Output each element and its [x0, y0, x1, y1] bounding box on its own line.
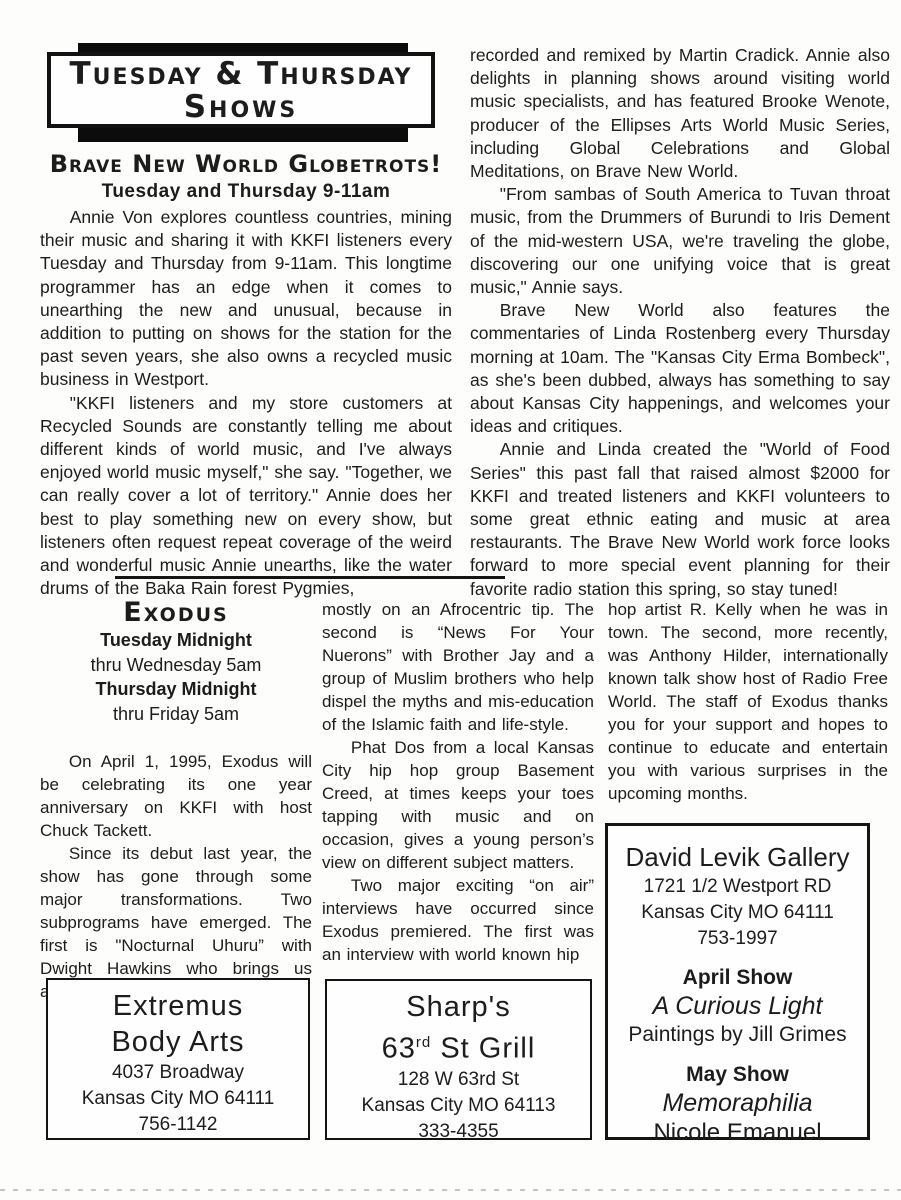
ad-david-levik-gallery: David Levik Gallery 1721 1/2 Westport RD…: [605, 823, 870, 1140]
ad-phone: 753-1997: [608, 926, 867, 952]
scanned-newsletter-page: { "title_box": { "line1": "Tuesday & Thu…: [0, 0, 901, 1200]
ad-extremus-body-arts: Extremus Body Arts 4037 Broadway Kansas …: [46, 978, 310, 1140]
paragraph: On April 1, 1995, Exodus will be celebra…: [40, 750, 312, 842]
paragraph: Phat Dos from a local Kansas City hip ho…: [322, 736, 594, 874]
ad-name-part: St Grill: [431, 1033, 535, 1065]
exodus-column-3: hop artist R. Kelly when he was in town.…: [608, 598, 888, 805]
ad-address: 128 W 63rd St: [327, 1067, 590, 1093]
title-line-2: Shows: [184, 91, 299, 123]
ad-name-line: Extremus: [48, 988, 308, 1024]
may-show-title: Memoraphilia: [608, 1089, 867, 1118]
schedule-line: thru Friday 5am: [40, 702, 312, 727]
ad-city: Kansas City MO 64111: [608, 900, 867, 926]
exodus-schedule: Tuesday Midnight thru Wednesday 5am Thur…: [40, 628, 312, 726]
ad-name-part: 63: [382, 1033, 416, 1065]
paragraph: hop artist R. Kelly when he was in town.…: [608, 598, 888, 805]
article-headline: Brave New World Globetrots!: [40, 150, 452, 178]
ad-sharps-grill: Sharp's 63rd St Grill 128 W 63rd St Kans…: [325, 979, 592, 1140]
ad-city: Kansas City MO 64113: [327, 1093, 590, 1119]
paragraph: Two major exciting “on air” interviews h…: [322, 874, 594, 966]
april-show-label: April Show: [608, 964, 867, 992]
ad-name-line: Body Arts: [48, 1024, 308, 1060]
schedule-line: Thursday Midnight: [40, 677, 312, 702]
ad-name-line: David Levik Gallery: [608, 840, 867, 874]
exodus-column-1: Exodus Tuesday Midnight thru Wednesday 5…: [40, 598, 312, 1003]
ad-address: 1721 1/2 Westport RD: [608, 874, 867, 900]
paragraph: Annie and Linda created the "World of Fo…: [470, 438, 890, 600]
title-banner: Tuesday & Thursday Shows: [47, 52, 435, 128]
exodus-column-2: mostly on an Afrocentric tip. The second…: [322, 598, 594, 966]
article-left-column: Annie Von explores countless countries, …: [40, 206, 452, 600]
exodus-column-1-body: On April 1, 1995, Exodus will be celebra…: [40, 750, 312, 1003]
paragraph: Brave New World also features the commen…: [470, 299, 890, 438]
paragraph: Annie Von explores countless countries, …: [40, 206, 452, 392]
may-show-label: May Show: [608, 1061, 867, 1089]
schedule-line: thru Wednesday 5am: [40, 653, 312, 678]
ad-phone: 333-4355: [327, 1119, 590, 1145]
section-divider-rule: [115, 576, 505, 579]
april-show-title: A Curious Light: [608, 992, 867, 1021]
scan-artifact-dotted-line: [0, 1189, 901, 1191]
ad-city: Kansas City MO 64111: [48, 1086, 308, 1112]
paragraph: recorded and remixed by Martin Cradick. …: [470, 44, 890, 183]
ad-name-line: Sharp's: [327, 989, 590, 1025]
ad-name-line: 63rd St Grill: [327, 1025, 590, 1067]
ad-name-superscript: rd: [416, 1034, 431, 1051]
paragraph: "KKFI listeners and my store customers a…: [40, 392, 452, 601]
april-show-artist: Paintings by Jill Grimes: [608, 1021, 867, 1049]
ad-address: 4037 Broadway: [48, 1060, 308, 1086]
ad-phone: 756-1142: [48, 1112, 308, 1138]
paragraph: "From sambas of South America to Tuvan t…: [470, 183, 890, 299]
title-line-1: Tuesday & Thursday: [70, 57, 413, 91]
article-schedule: Tuesday and Thursday 9-11am: [40, 181, 452, 203]
paragraph: mostly on an Afrocentric tip. The second…: [322, 598, 594, 736]
schedule-line: Tuesday Midnight: [40, 628, 312, 653]
may-show-artist: Nicole Emanuel: [608, 1118, 867, 1148]
article-right-column: recorded and remixed by Martin Cradick. …: [470, 44, 890, 601]
exodus-title: Exodus: [40, 598, 312, 628]
